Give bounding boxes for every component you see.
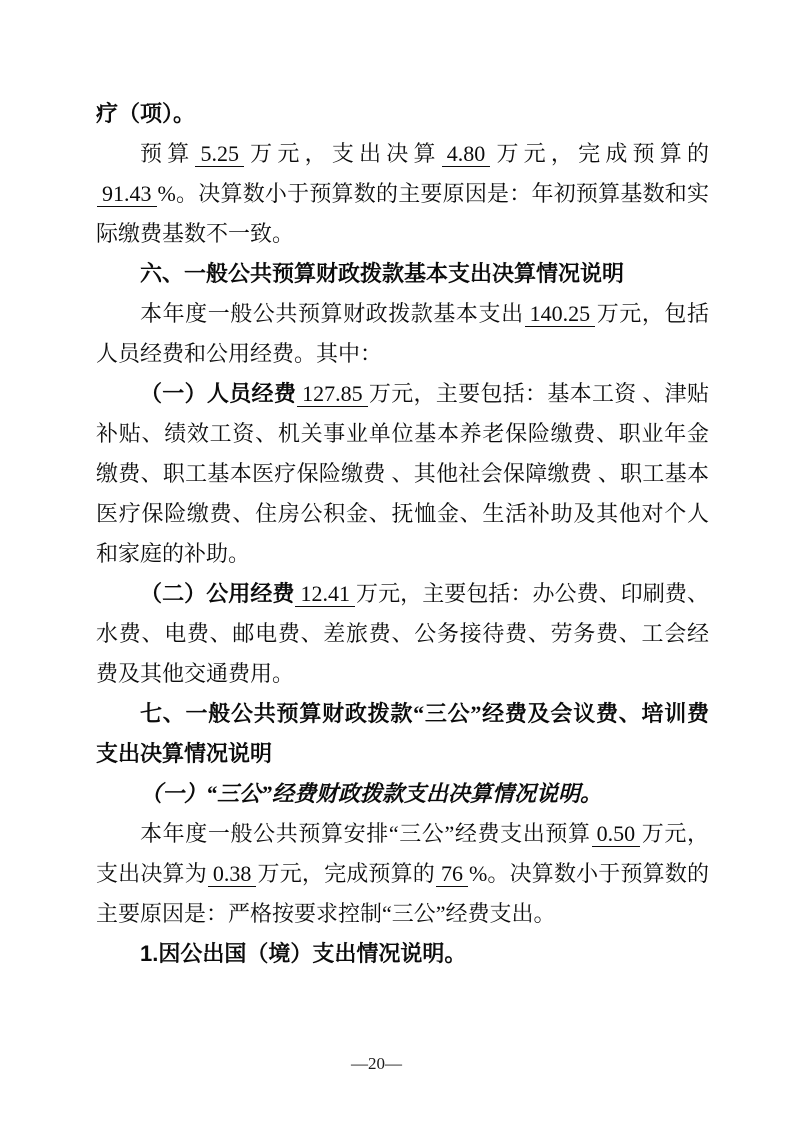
- continuation-text: 疗（项）。: [96, 101, 195, 126]
- document-page: 疗（项）。 预算5.25万元，支出决算4.80万元，完成预算的91.43%。决算…: [0, 0, 793, 1122]
- text-segment: 本年度一般公共预算安排“三公”经费支出预算: [140, 821, 591, 846]
- subheading-abroad-text: 1.因公出国（境）支出情况说明。: [140, 941, 466, 966]
- paragraph-public-expense: （二）公用经费12.41万元，主要包括：办公费、印刷费、水费、电费、邮电费、差旅…: [96, 574, 709, 694]
- text-segment: %。决算数小于预算数的主要原因是：年初预算基数和实际缴费基数不一致。: [96, 181, 709, 246]
- text-segment: 万元，完成预算的: [257, 861, 435, 886]
- underlined-value-tp-actual: 0.38: [208, 861, 257, 887]
- paragraph-three-public-detail: 本年度一般公共预算安排“三公”经费支出预算0.50万元，支出决算为0.38万元，…: [96, 814, 709, 934]
- paragraph-budget-summary: 预算5.25万元，支出决算4.80万元，完成预算的91.43%。决算数小于预算数…: [96, 134, 709, 254]
- underlined-value-budget: 5.25: [195, 141, 244, 167]
- section-heading-six: 六、一般公共预算财政拨款基本支出决算情况说明: [96, 254, 709, 294]
- text-segment: 本年度一般公共预算财政拨款基本支出: [140, 301, 524, 326]
- document-body: 疗（项）。 预算5.25万元，支出决算4.80万元，完成预算的91.43%。决算…: [96, 94, 709, 974]
- subheading-personnel: （一）人员经费: [140, 381, 296, 406]
- subheading-abroad: 1.因公出国（境）支出情况说明。: [96, 934, 709, 974]
- subheading-public: （二）公用经费: [140, 581, 294, 606]
- underlined-value-tp-budget: 0.50: [592, 821, 641, 847]
- underlined-value-public: 12.41: [295, 581, 355, 607]
- text-segment: 预算: [140, 141, 194, 166]
- page-number: —20—: [0, 1054, 753, 1074]
- underlined-value-personnel: 127.85: [297, 381, 368, 407]
- text-segment: 万元，支出决算: [245, 141, 441, 166]
- subheading-three-public: （一）“三公”经费财政拨款支出决算情况说明。: [96, 774, 709, 814]
- paragraph-basic-expenditure: 本年度一般公共预算财政拨款基本支出140.25万元，包括人员经费和公用经费。其中…: [96, 294, 709, 374]
- paragraph-personnel-expense: （一）人员经费127.85万元，主要包括：基本工资 、津贴补贴、绩效工资、机关事…: [96, 374, 709, 574]
- subheading-three-public-text: （一）“三公”经费财政拨款支出决算情况说明。: [140, 781, 602, 806]
- text-segment: 万元，完成预算的: [491, 141, 709, 166]
- section-heading-seven: 七、一般公共预算财政拨款“三公”经费及会议费、培训费支出决算情况说明: [96, 694, 709, 774]
- underlined-value-percent: 91.43: [97, 181, 157, 207]
- text-segment: 万元，主要包括：基本工资 、津贴补贴、绩效工资、机关事业单位基本养老保险缴费、职…: [96, 381, 709, 566]
- underlined-value-tp-percent: 76: [436, 861, 468, 887]
- paragraph-continuation: 疗（项）。: [96, 94, 709, 134]
- underlined-value-total: 140.25: [525, 301, 596, 327]
- underlined-value-actual: 4.80: [442, 141, 491, 167]
